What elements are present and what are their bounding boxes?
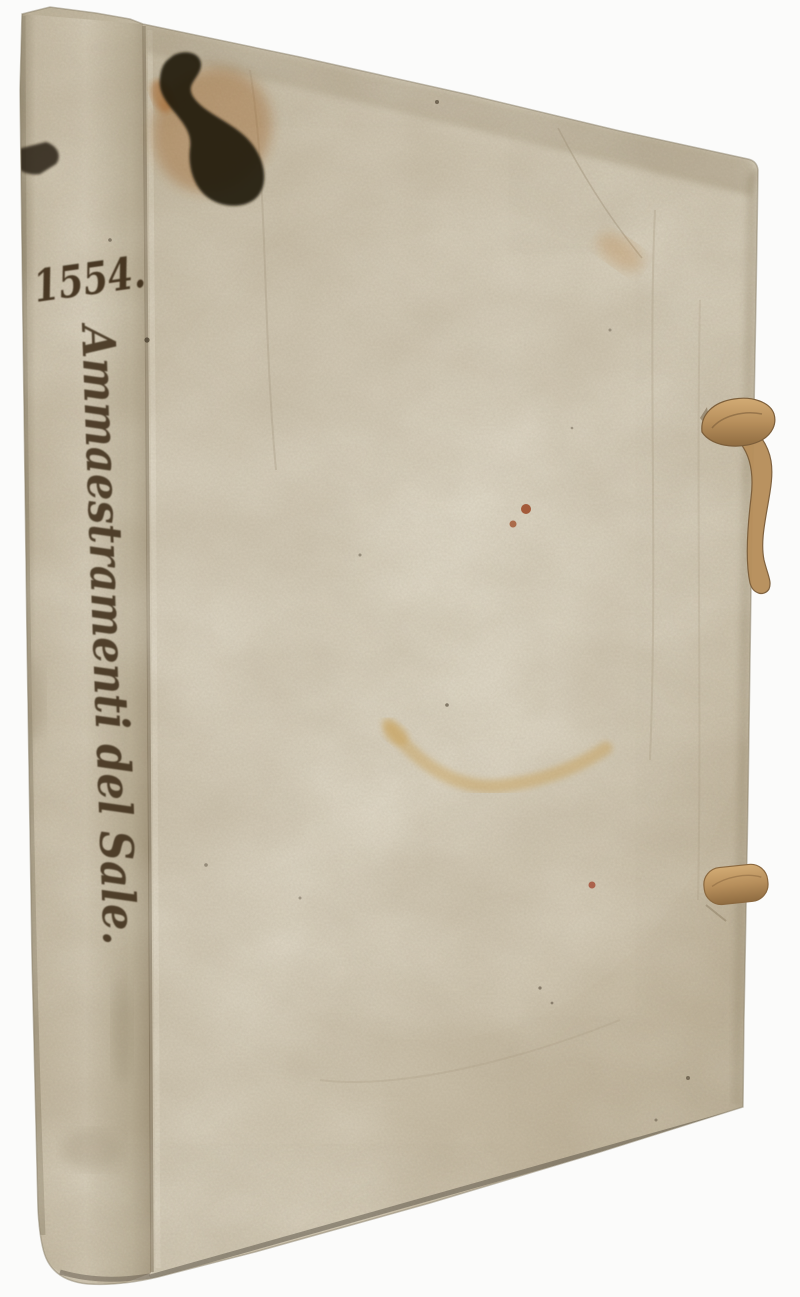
photo-background: 1554. Ammaestramenti del Sale. <box>0 0 800 1297</box>
lower-tie <box>702 863 770 906</box>
lower-tie-stub <box>702 863 770 906</box>
book-photo: 1554. Ammaestramenti del Sale. <box>0 0 800 1297</box>
